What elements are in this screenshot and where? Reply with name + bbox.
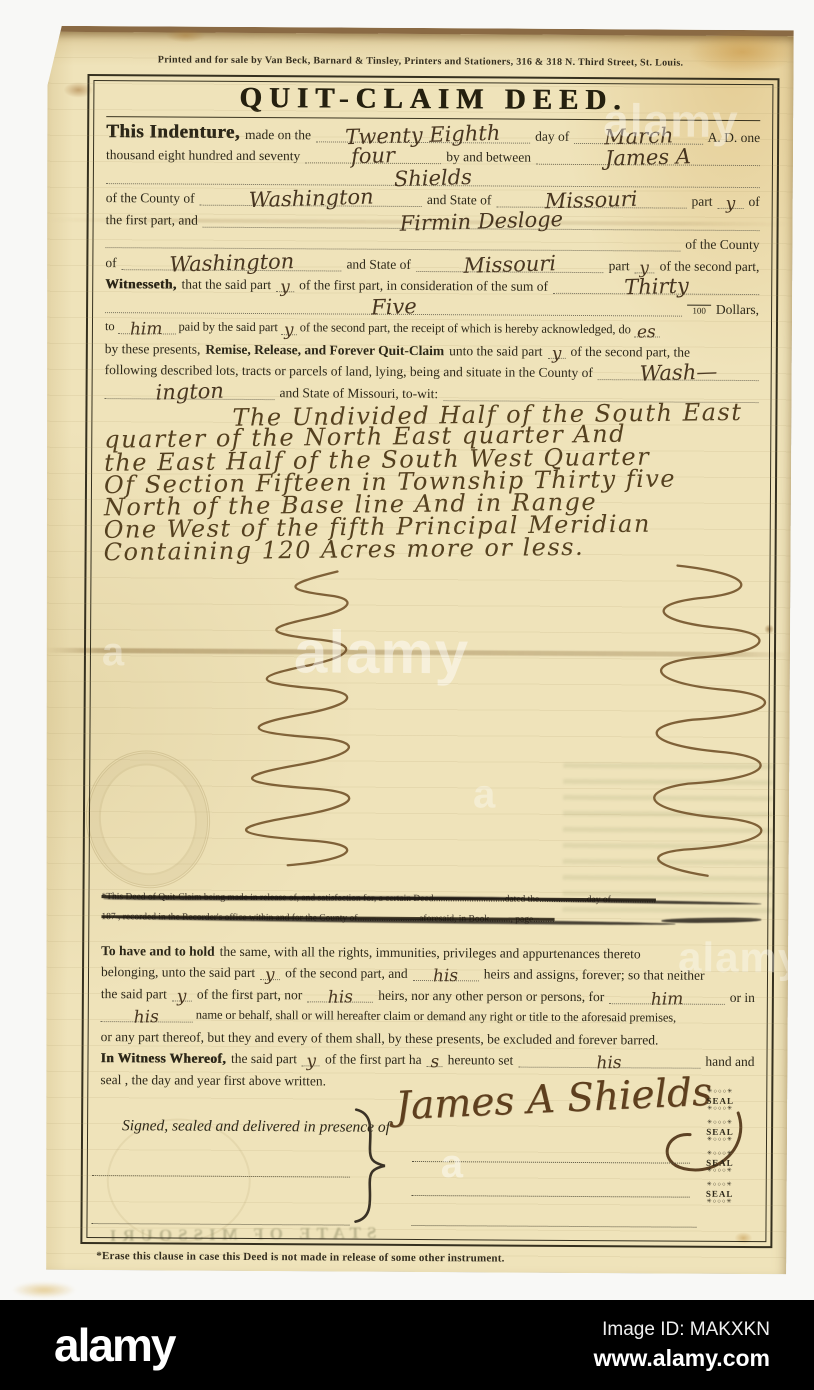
handwritten-entry: y [281, 318, 297, 335]
form-line: belonging, unto the said partyof the sec… [101, 958, 755, 983]
printed-text: heirs and assigns, forever; so that neit… [484, 966, 705, 982]
handwriting: y [280, 279, 290, 295]
seal-label: SEAL [694, 1126, 746, 1136]
printed-text: part [609, 258, 630, 273]
printed-text: day of [535, 128, 569, 143]
handwritten-entry: James A [536, 146, 760, 166]
struck-clause-line: 187 , recorded in the Recorder's office … [101, 908, 755, 932]
form-line: or any part thereof, but they and every … [101, 1022, 755, 1047]
curly-brace [347, 1106, 388, 1224]
handwriting: Twenty Eighth [345, 124, 501, 144]
handwriting: Washington [169, 253, 294, 273]
printed-text: belonging, unto the said part [101, 964, 255, 980]
handwriting: Washington [248, 189, 373, 209]
printed-text: or in [730, 989, 755, 1004]
handwritten-entry: Thirty [553, 275, 759, 295]
grantor-signature-line [411, 1224, 696, 1227]
image-credit-block: Image ID: MAKXKN www.alamy.com [594, 1317, 770, 1373]
grantor-signature-line [412, 1194, 690, 1197]
printed-text: paid by the said part [178, 320, 277, 336]
printed-text: unto the said part [449, 343, 542, 359]
printed-text: of [748, 194, 759, 209]
handwritten-entry: y [260, 963, 280, 980]
seal-ornament-border: ✳○○○✳ [694, 1136, 746, 1143]
handwriting: y [551, 345, 561, 361]
signature-section: Signed, sealed and delivered in presence… [99, 1087, 754, 1233]
handwriting: es [637, 324, 656, 341]
handwriting: Firmin Desloge [399, 211, 563, 232]
printed-text: the first part, and [106, 212, 198, 228]
handwriting: ington [155, 382, 224, 400]
handwriting: Five [371, 298, 417, 315]
printed-text: of [105, 255, 116, 270]
printed-text: made on the [245, 126, 311, 141]
printed-text: name or behalf, shall or will hereafter … [196, 1008, 676, 1026]
handwriting: his [327, 989, 353, 1006]
handwritten-entry: Shields [106, 165, 760, 188]
handwritten-entry: y [717, 192, 743, 209]
printed-text: of the second part, the [570, 343, 690, 359]
printed-text: part [691, 194, 712, 209]
printed-text: Witnesseth, [105, 276, 176, 291]
printed-text: the said part [231, 1051, 297, 1066]
erase-clause-footnote: *Erase this clause in case this Deed is … [96, 1250, 504, 1264]
image-id-text: Image ID: MAKXKN [594, 1317, 770, 1343]
printed-text: by and between [446, 149, 531, 165]
printed-text: of the second part, [660, 258, 760, 274]
witness-signature-line [92, 1175, 350, 1178]
handwritten-entry: y [276, 275, 294, 292]
seal-ornament: ✳○○○✳ SEAL ✳○○○✳ [694, 1119, 746, 1143]
printed-text: Remise, Release, and Forever Quit-Claim [205, 341, 444, 357]
property-description-handwriting: The Undivided Half of the South Eastquar… [104, 399, 759, 560]
handwriting: s [430, 1054, 439, 1070]
handwritten-entry: y [547, 341, 565, 358]
handwritten-entry: Washington [200, 187, 422, 207]
seal-ornament-border: ✳○○○✳ [694, 1167, 746, 1174]
paper-stain [12, 1282, 76, 1298]
handwritten-entry: Missouri [416, 252, 604, 272]
handwritten-entry: him [609, 987, 725, 1005]
printed-text: and State of Missouri, to-wit: [280, 385, 439, 401]
form-line: In Witness Whereof,the said partyof the … [100, 1044, 754, 1069]
form-line: tohimpaid by the said partyof the second… [105, 313, 759, 338]
printed-text: of the second part, and [285, 965, 408, 981]
printed-text: hereunto set [448, 1052, 514, 1067]
handwriting: Shields [394, 168, 472, 186]
handwritten-entry: es [634, 320, 660, 337]
form-line: the said partyof the first part, norhish… [101, 979, 755, 1004]
printed-text: of the second part, the receipt of which… [300, 320, 631, 337]
printed-text: the said part [101, 986, 167, 1001]
deed-paper: STATE OF MISSOURI Printed and for sale b… [40, 26, 794, 1275]
handwriting: y [177, 988, 187, 1004]
handwriting: March [604, 127, 674, 145]
form-line: the first part, andFirmin Desloge [106, 205, 760, 230]
handwriting: y [265, 967, 275, 983]
seal-ornament: ✳○○○✳ SEAL ✳○○○✳ [694, 1181, 746, 1205]
handwritten-entry: his [101, 1005, 193, 1023]
dollars-fraction-denominator: 100 [687, 304, 711, 315]
struck-out-release-clause: *This Deed of Quit-Claim being made in r… [101, 888, 755, 938]
handwriting: Wash— [639, 363, 717, 381]
handwriting: James A [605, 148, 691, 166]
handwriting: Missouri [463, 255, 556, 274]
indenture-clause: This Indenture,made on theTwenty Eighthd… [105, 119, 761, 402]
alamy-url: www.alamy.com [594, 1343, 770, 1373]
blank-space-flourishes [102, 556, 758, 886]
handwritten-entry: him [117, 317, 175, 334]
seal-label: SEAL [694, 1188, 746, 1198]
handwriting: y [284, 322, 294, 338]
printed-text: This Indenture, [106, 122, 240, 142]
handwritten-entry: ington [105, 380, 275, 400]
handwritten-entry: Twenty Eighth [316, 123, 530, 143]
seal-ornament: ✳○○○✳ SEAL ✳○○○✳ [694, 1150, 746, 1174]
handwriting: four [351, 147, 395, 164]
pen-flourish-right [648, 563, 780, 880]
printed-text: following described lots, tracts or parc… [105, 362, 593, 380]
seal-ornament-border: ✳○○○✳ [694, 1198, 746, 1205]
printed-text: and State of [346, 256, 411, 271]
handwriting: him [130, 321, 163, 338]
form-line: following described lots, tracts or parc… [105, 356, 759, 381]
alamy-logo: alamy [54, 1318, 174, 1372]
seal-ornament: ✳○○○✳ SEAL ✳○○○✳ [694, 1088, 746, 1112]
seal-ornament-border: ✳○○○✳ [694, 1105, 746, 1112]
paper-stain [166, 28, 206, 42]
form-line: ofWashingtonand State ofMissouripartyof … [105, 248, 759, 273]
printed-text: heirs, nor any other person or persons, … [378, 987, 604, 1003]
form-line: thousand eight hundred and seventyfourby… [106, 141, 760, 166]
handwritten-entry: Five [105, 294, 682, 317]
printed-text: to [105, 319, 115, 334]
seal-label: SEAL [694, 1095, 746, 1105]
handwritten-entry: Missouri [496, 188, 686, 208]
handwritten-entry: s [427, 1050, 443, 1067]
handwritten-entry: his [518, 1051, 700, 1069]
printer-imprint-line: Printed and for sale by Van Beck, Barnar… [48, 54, 794, 70]
printed-text: thousand eight hundred and seventy [106, 147, 300, 163]
handwritten-entry: Washington [122, 251, 342, 271]
pen-flourish-left [218, 569, 360, 870]
handwriting: y [725, 196, 735, 212]
printed-text: A. D. one [708, 129, 761, 144]
handwriting: y [306, 1053, 316, 1069]
printed-text: To have and to hold [101, 943, 215, 959]
habendum-clause: To have and to holdthe same, with all th… [100, 936, 755, 1090]
scanned-deed-photo: STATE OF MISSOURI Printed and for sale b… [0, 0, 814, 1390]
printed-text: by these presents, [105, 341, 201, 357]
handwritten-entry: y [635, 256, 655, 273]
form-line: To have and to holdthe same, with all th… [101, 936, 755, 961]
printed-text: In Witness Whereof, [100, 1050, 226, 1066]
handwritten-entry: March [574, 124, 702, 144]
handwritten-entry: y [172, 984, 192, 1001]
description-line: Of Section Fifteen in Township Thirty fi… [104, 466, 758, 492]
handwritten-entry: four [305, 144, 441, 164]
printed-text: of the first part, in consideration of t… [299, 277, 548, 294]
printed-text: of the first part ha [325, 1051, 422, 1067]
printed-text: and State of [427, 192, 492, 207]
printed-text: of the first part, nor [197, 986, 302, 1002]
seal-column: ✳○○○✳ SEAL ✳○○○✳ ✳○○○✳ SEAL ✳○○○✳ ✳○○○✳ … [694, 1088, 747, 1212]
printed-text: hand and [705, 1054, 754, 1069]
form-line: This Indenture,made on theTwenty Eighthd… [106, 119, 760, 144]
printed-text: seal , the day and year first above writ… [100, 1072, 326, 1088]
printed-text: Dollars, [716, 301, 759, 316]
printed-text: of the County of [106, 190, 195, 206]
handwritten-entry: Firmin Desloge [203, 208, 760, 230]
witness-signature-line [91, 1223, 349, 1226]
handwriting: his [433, 968, 459, 985]
handwriting: y [640, 260, 650, 276]
handwriting: his [597, 1055, 623, 1072]
printed-text: the same, with all the rights, immunitie… [220, 943, 641, 961]
form-inner-border: QUIT-CLAIM DEED. This Indenture,made on … [86, 80, 773, 1242]
alamy-credit-bar: alamy Image ID: MAKXKN www.alamy.com [0, 1300, 814, 1390]
handwriting: his [134, 1009, 160, 1026]
seal-label: SEAL [694, 1157, 746, 1167]
handwritten-entry: his [413, 964, 479, 981]
handwritten-entry: Wash— [598, 361, 759, 381]
handwritten-entry: y [302, 1049, 320, 1066]
deed-title: QUIT-CLAIM DEED. [106, 82, 760, 116]
handwritten-entry: his [307, 985, 373, 1002]
handwriting: Thirty [624, 278, 689, 296]
printed-text: that the said part [181, 277, 271, 293]
handwriting: him [651, 991, 684, 1008]
form-border: QUIT-CLAIM DEED. This Indenture,made on … [80, 74, 779, 1248]
printed-text: of the County [685, 237, 759, 252]
